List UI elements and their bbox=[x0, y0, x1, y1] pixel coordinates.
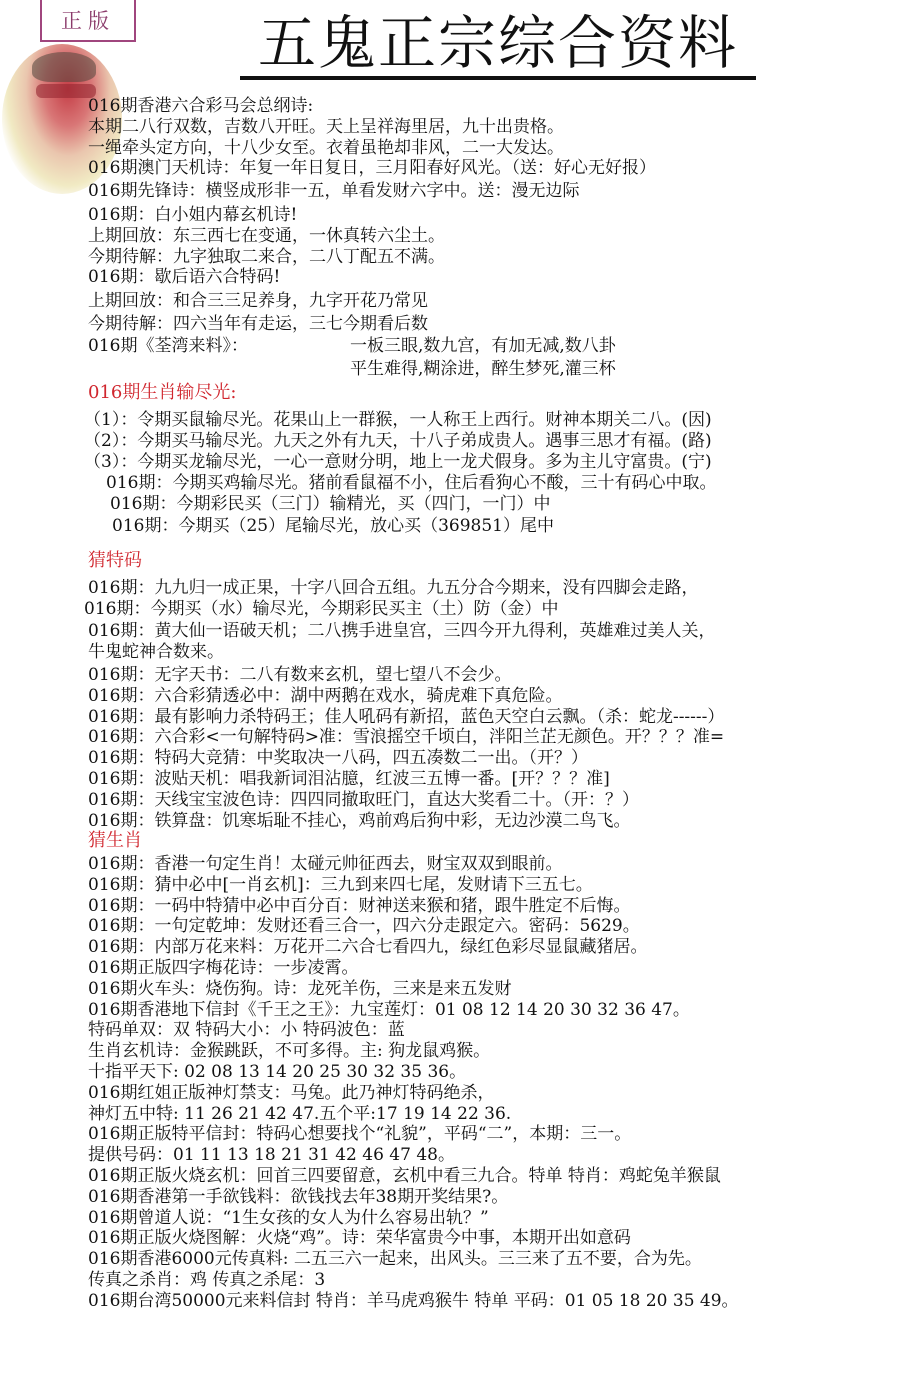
section-guess-zodiac: 猜生肖 016期：香港一句定生肖！太碰元帅征西去，财宝双双到眼前。 016期：猜… bbox=[88, 831, 900, 1311]
list-item: 016期：最有影响力杀特码王；佳人吼码有新招，蓝色天空白云飘。（杀：蛇龙----… bbox=[88, 707, 900, 728]
list-item: 016期：天线宝宝波色诗：四四同撤取旺门，直达大奖看二十。（开：？） bbox=[88, 790, 900, 811]
list-item: 016期：今期买（水）输尽光，今期彩民买主（土）防（金）中 bbox=[84, 599, 900, 620]
quanwan-line: 一板三眼,数九宫，有加无减,数八卦 bbox=[350, 336, 616, 357]
list-item: （1）：令期买鼠输尽光。花果山上一群猴，一人称王上西行。财神本期关二八。(因) bbox=[84, 410, 900, 431]
quanwan-line: 平生难得,糊涂进，醉生梦死,灌三杯 bbox=[350, 359, 616, 380]
intro-line: 016期先锋诗：横竖成形非一五，单看发财六字中。送：漫无边际 bbox=[88, 181, 900, 202]
poem-line: 上期回放：东三西七在变通，一休真转六尘土。 bbox=[88, 226, 900, 247]
list-item: 016期：内部万花来料：万花开二六合七看四九，绿红色彩尽显鼠藏猪居。 bbox=[88, 937, 900, 958]
list-item: 016期正版火烧玄机：回首三四要留意，玄机中看三九合。特单 特肖：鸡蛇兔羊猴鼠 bbox=[88, 1166, 900, 1187]
list-item: 016期：黄大仙一语破天机；二八携手进皇宫，三四今开九得利，英雄难过美人关， bbox=[88, 621, 900, 642]
list-item: （2）：今期买马输尽光。九天之外有九天，十八子弟成贵人。遇事三思才有福。(路) bbox=[84, 431, 900, 452]
list-item: 016期香港第一手欲钱料：欲钱找去年38期开奖结果?。 bbox=[88, 1187, 900, 1208]
list-item: 016期火车头：烧伤狗。诗：龙死羊伤，三来是来五发财 bbox=[88, 979, 900, 1000]
quanwan-block: 016期《荃湾来料》： 一板三眼,数九宫，有加无减,数八卦 平生难得,糊涂进，醉… bbox=[88, 336, 900, 380]
list-item: 016期正版特平信封：特码心想要找个“礼貌”，平码“二”，本期：三一。 bbox=[88, 1124, 900, 1145]
list-item: 016期：今期买（25）尾输尽光，放心买（369851）尾中 bbox=[88, 516, 900, 537]
section-title: 016期生肖输尽光: bbox=[88, 383, 900, 404]
list-item: 传真之杀肖：鸡 传真之杀尾：3 bbox=[88, 1270, 900, 1291]
document-body: 016期香港六合彩马会总纲诗: 本期二八行双数，吉数八开旺。天上呈祥海里居，九十… bbox=[88, 96, 900, 1312]
list-item: 016期正版火烧图解：火烧“鸡”。诗：荣华富贵今中事，本期开出如意码 bbox=[88, 1228, 900, 1249]
list-item: 016期正版四字梅花诗：一步凌霄。 bbox=[88, 958, 900, 979]
official-badge: 正版 bbox=[40, 0, 136, 42]
poem-line: 016期：白小姐内幕玄机诗! bbox=[88, 205, 900, 226]
list-item: 016期：六合彩<一句解特码>准：雪浪摇空千顷白，泮阳兰芷无颜色。开？？？准= bbox=[88, 727, 900, 748]
list-item: 016期：特码大竞猜：中奖取决一八码，四五凑数二一出。（开？） bbox=[88, 748, 900, 769]
poem-line: 今期待解：九字独取二来合，二八丁配五不满。 bbox=[88, 247, 900, 268]
quanwan-label: 016期《荃湾来料》： bbox=[88, 336, 350, 380]
list-item: 016期：波贴天机：唱我新词泪沾臆，红波三五博一番。[开？？？准] bbox=[88, 769, 900, 790]
intro-block: 016期香港六合彩马会总纲诗: 本期二八行双数，吉数八开旺。天上呈祥海里居，九十… bbox=[88, 96, 900, 202]
list-item: 016期：六合彩猜透必中：湖中两鹅在戏水，骑虎难下真危险。 bbox=[88, 686, 900, 707]
intro-line: 一绳牵头定方向，十八少女至。衣着虽艳却非风，二一大发达。 bbox=[88, 138, 900, 159]
list-item: 016期：香港一句定生肖！太碰元帅征西去，财宝双双到眼前。 bbox=[88, 854, 900, 875]
list-item: 016期曾道人说：“1生女孩的女人为什么容易出轨？” bbox=[88, 1208, 900, 1229]
page-title: 五鬼正宗综合资料 bbox=[240, 10, 756, 80]
list-item: 016期台湾50000元来料信封 特肖：羊马虎鸡猴牛 特单 平码：01 05 1… bbox=[88, 1291, 900, 1312]
intro-line: 016期澳门天机诗：年复一年日复日，三月阳春好风光。（送：好心无好报） bbox=[88, 158, 900, 179]
list-item: 016期：铁算盘：饥寒垢耻不挂心，鸡前鸡后狗中彩，无边沙漠二鸟飞。 bbox=[88, 811, 900, 832]
list-item: 016期：猜中必中[一肖玄机]：三九到来四七尾，发财请下三五七。 bbox=[88, 875, 900, 896]
section-title: 猜特码 bbox=[88, 551, 900, 572]
poem-line: 今期待解：四六当年有走运，三七今期看后数 bbox=[88, 314, 900, 335]
list-item: 生肖玄机诗：金猴跳跃，不可多得。主: 狗龙鼠鸡猴。 bbox=[88, 1041, 900, 1062]
list-item: 神灯五中特: 11 26 21 42 47.五个平:17 19 14 22 36… bbox=[88, 1104, 900, 1125]
list-item: 016期：一码中特猜中必中百分百：财神送来猴和猪，跟牛胜定不后悔。 bbox=[88, 896, 900, 917]
poem-line: 上期回放：和合三三足养身，九字开花乃常见 bbox=[88, 291, 900, 312]
list-item: 特码单双：双 特码大小：小 特码波色：蓝 bbox=[88, 1020, 900, 1041]
intro-line: 本期二八行双数，吉数八开旺。天上呈祥海里居，九十出贵格。 bbox=[88, 117, 900, 138]
portrait-hair bbox=[32, 52, 96, 82]
section-guess-code: 猜特码 016期：九九归一成正果，十字八回合五组。九五分合今期来，没有四脚会走路… bbox=[88, 551, 900, 831]
intro-line: 016期香港六合彩马会总纲诗: bbox=[88, 96, 900, 117]
poem-block: 016期：白小姐内幕玄机诗! 上期回放：东三西七在变通，一休真转六尘土。 今期待… bbox=[88, 205, 900, 335]
list-item: 016期香港6000元传真料: 二五三六一起来，出风头。三三来了五不要，合为先。 bbox=[88, 1249, 900, 1270]
section-zodiac-lose: 016期生肖输尽光: （1）：令期买鼠输尽光。花果山上一群猴，一人称王上西行。财… bbox=[88, 383, 900, 537]
list-item: 016期：九九归一成正果，十字八回合五组。九五分合今期来，没有四脚会走路， bbox=[88, 578, 900, 599]
portrait-glasses bbox=[36, 84, 96, 98]
poem-line: 016期：歇后语六合特码! bbox=[88, 267, 900, 288]
list-item: 016期：一句定乾坤：发财还看三合一，四六分走跟定六。密码：5629。 bbox=[88, 916, 900, 937]
list-item: （3）：今期买龙输尽光，一心一意财分明，地上一龙犬假身。多为主儿守富贵。(宁) bbox=[84, 452, 900, 473]
list-item: 提供号码：01 11 13 18 21 31 42 46 47 48。 bbox=[88, 1145, 900, 1166]
list-item: 016期：无字天书：二八有数来玄机，望七望八不会少。 bbox=[88, 665, 900, 686]
list-item: 牛鬼蛇神合数来。 bbox=[88, 642, 900, 663]
list-item: 016期：今期买鸡输尽光。猪前看鼠福不小，住后看狗心不酸，三十有码心中取。 bbox=[88, 473, 900, 494]
list-item: 016期香港地下信封《千王之王》：九宝莲灯：01 08 12 14 20 30 … bbox=[88, 1000, 900, 1021]
section-title: 猜生肖 bbox=[88, 831, 900, 852]
list-item: 016期：今期彩民买（三门）输精光，买（四门，一门）中 bbox=[88, 494, 900, 515]
list-item: 016期红姐正版神灯禁支：马兔。此乃神灯特码绝杀， bbox=[88, 1083, 900, 1104]
list-item: 十指平天下: 02 08 13 14 20 25 30 32 35 36。 bbox=[88, 1062, 900, 1083]
